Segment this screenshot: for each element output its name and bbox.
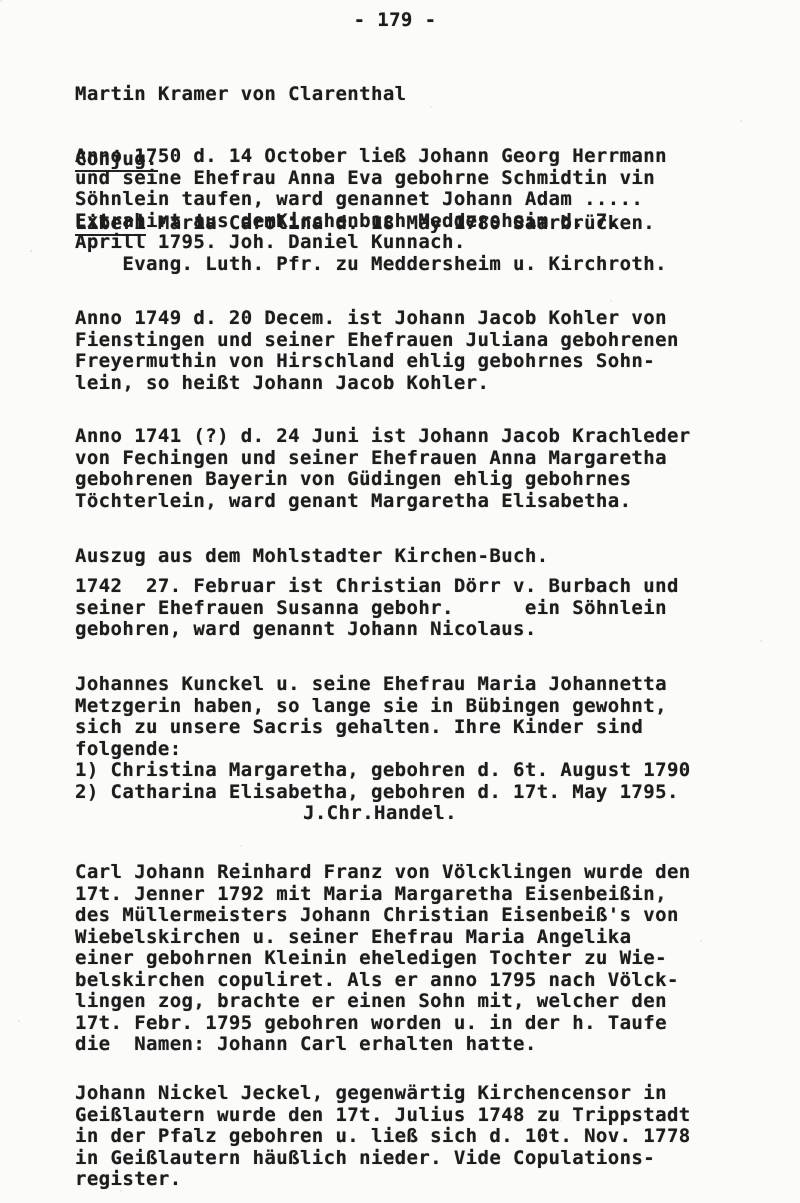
entry-kunckel: Johannes Kunckel u. seine Ehefrau Maria … bbox=[75, 674, 735, 803]
entry-jeckel: Johann Nickel Jeckel, gegenwärtig Kirche… bbox=[75, 1083, 735, 1191]
entry-doerr-1742: 1742 27. Februar ist Christian Dörr v. B… bbox=[75, 576, 735, 641]
entry-voelcklingen: Carl Johann Reinhard Franz von Völckling… bbox=[75, 862, 735, 1056]
scanned-document-page: - 179 - Martin Kramer von Clarenthal Con… bbox=[0, 0, 800, 1203]
entry-herrmann-1750: Anno 1750 d. 14 October ließ Johann Geor… bbox=[75, 146, 735, 275]
entry-kohler-1749: Anno 1749 d. 20 Decem. ist Johann Jacob … bbox=[75, 308, 735, 394]
entry-kramer-name: Martin Kramer von Clarenthal bbox=[75, 84, 735, 106]
entry-krachleder-1741: Anno 1741 (?) d. 24 Juni ist Johann Jaco… bbox=[75, 426, 735, 512]
kunckel-signature: J.Chr.Handel. bbox=[303, 803, 703, 825]
scan-noise-speckles bbox=[0, 0, 2, 2]
mohlstadt-register-heading: Auszug aus dem Mohlstadter Kirchen-Buch. bbox=[75, 546, 735, 568]
page-number: - 179 - bbox=[75, 10, 715, 32]
